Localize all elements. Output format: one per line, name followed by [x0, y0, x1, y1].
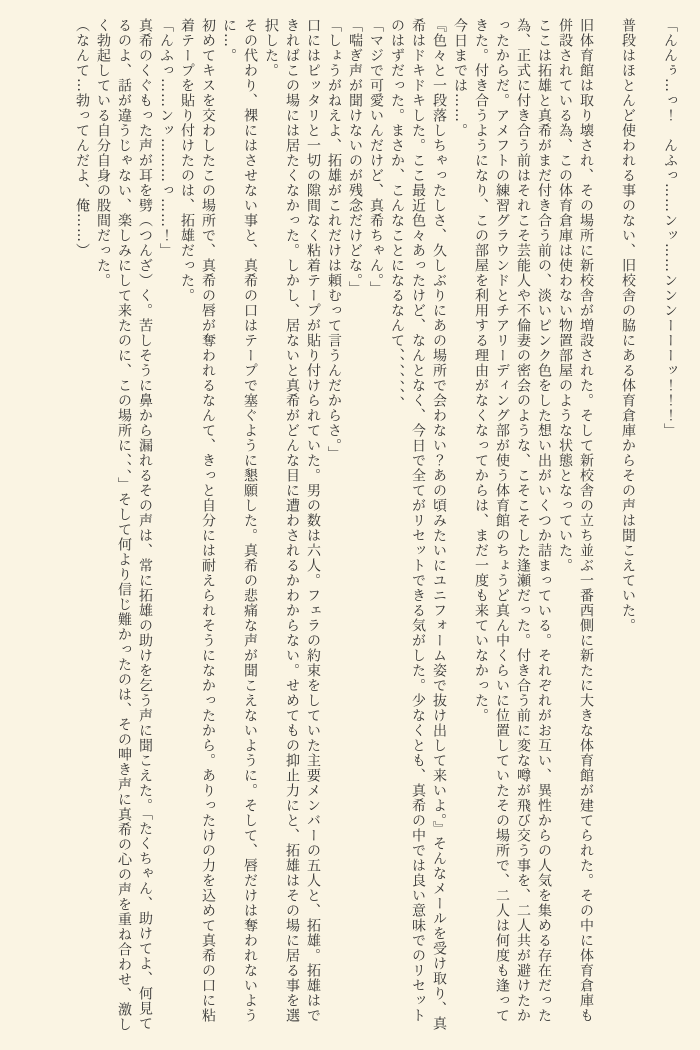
paragraph: 今日までは……。 [449, 18, 470, 1036]
paragraph: （なんて…勃ってんだよ、俺……） [71, 18, 92, 1036]
story-text: 「んんぅ…っ！ んふっ……ンッ……ンンンーーーッ！！！」 普段はほとんど使われる… [0, 0, 700, 1050]
paragraph: 「マジで可愛いんだけど、真希ちゃん。」 [365, 18, 386, 1036]
paragraph: 「喘ぎ声が聞けないのが残念だけどな。」 [344, 18, 365, 1036]
paragraph: 口にはピッタリと一切の隙間なく粘着テープが貼り付けられていた。男の数は六人。フェ… [260, 18, 323, 1036]
paragraph: 『色々と一段落しちゃったしさ、久しぶりにあの場所で会わない？あの頃みたいにユニフ… [386, 18, 449, 1036]
paragraph: 普段はほとんど使われる事のない、旧校舎の脇にある体育倉庫からその声は聞こえていた… [617, 18, 638, 1036]
paragraph: 「んふっ……ンッ………っ……！」 [155, 18, 176, 1036]
paragraph: 旧体育館は取り壊され、その場所に新校舎が増設された。そして新校舎の立ち並ぶ一番西… [554, 18, 596, 1036]
paragraph: 「しょうがねえよ、拓雄がこれだけは頼むって言うんだからさ。」 [323, 18, 344, 1036]
paragraph: 真希のくぐもった声が耳を劈（つんざ）く。苦しそうに鼻から漏れるその声は、常に拓雄… [92, 18, 155, 1036]
novel-page: 「んんぅ…っ！ んふっ……ンッ……ンンンーーーッ！！！」 普段はほとんど使われる… [0, 0, 700, 1050]
paragraph: 初めてキスを交わしたこの場所で、真希の唇が奪われるなんて、きっと自分には耐えられ… [176, 18, 218, 1036]
paragraph: その代わり、裸にはさせない事と、真希の口はテープで塞ぐように懇願した。真希の悲痛… [218, 18, 260, 1036]
paragraph: ここは拓雄と真希がまだ付き合う前の、淡いピンク色をした想い出がいくつか詰まってい… [470, 18, 554, 1036]
paragraph: 「んんぅ…っ！ んふっ……ンッ……ンンンーーーッ！！！」 [659, 18, 680, 1036]
